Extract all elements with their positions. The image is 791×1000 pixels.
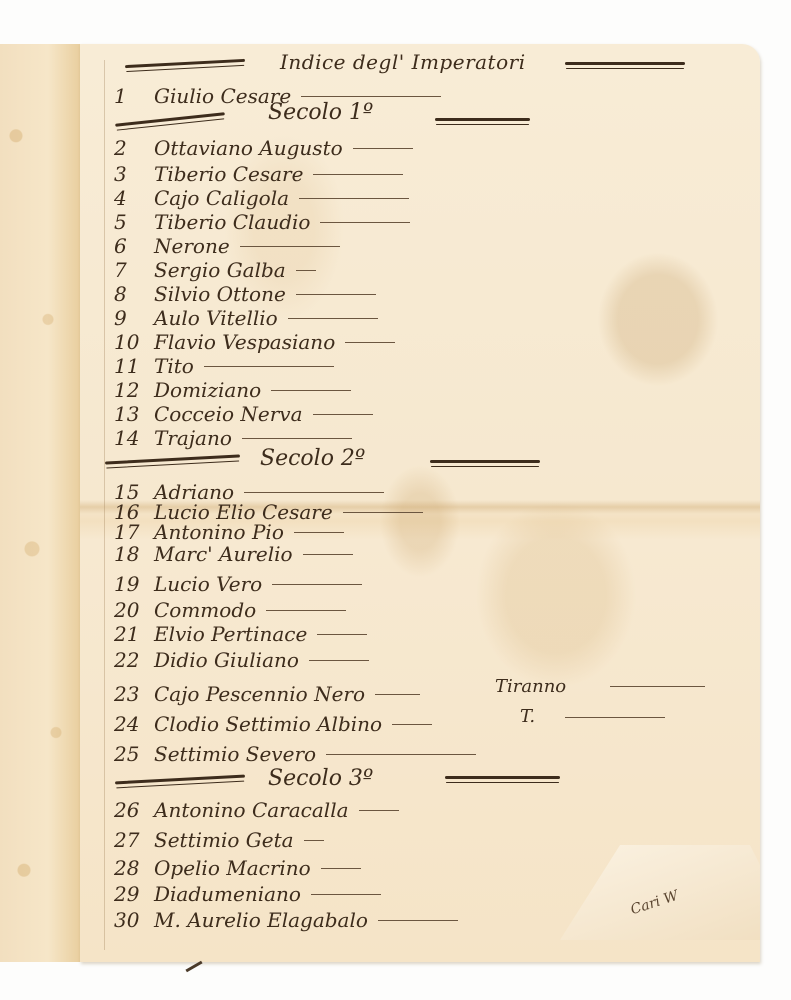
pencil-mark	[185, 961, 202, 973]
list-item: 8Silvio Ottone	[114, 282, 376, 308]
list-item: 28Opelio Macrino	[114, 856, 361, 882]
entry-name: Settimio Severo	[154, 742, 316, 766]
entry-rule	[299, 198, 409, 199]
entry-number: 12	[114, 378, 154, 402]
entry-number: 19	[114, 572, 154, 596]
list-item: 30M. Aurelio Elagabalo	[114, 908, 458, 934]
entry-rule	[353, 148, 413, 149]
entry-number: 1	[114, 84, 154, 108]
entry-rule	[296, 294, 376, 295]
entry-name: Giulio Cesare	[154, 84, 291, 108]
list-item: 12Domiziano	[114, 378, 351, 404]
list-item: 20Commodo	[114, 598, 346, 624]
entry-rule	[304, 840, 324, 841]
entry-number: 13	[114, 402, 154, 426]
list-item: 29Diadumeniano	[114, 882, 381, 908]
entry-name: Diadumeniano	[154, 882, 301, 906]
entry-number: 9	[114, 306, 154, 330]
entry-rule	[272, 584, 362, 585]
entry-name: Settimio Geta	[154, 828, 294, 852]
entry-name: Sergio Galba	[154, 258, 286, 282]
entry-name: Ottaviano Augusto	[154, 136, 343, 160]
side-note-tiranno: Tiranno	[495, 676, 566, 697]
section-2-flourish-right	[430, 460, 540, 463]
entry-name: Antonino Pio	[154, 520, 284, 544]
entry-rule	[313, 174, 403, 175]
entry-number: 27	[114, 828, 154, 852]
side-note-rule	[565, 717, 665, 718]
list-item: 19Lucio Vero	[114, 572, 362, 598]
entry-rule	[392, 724, 432, 725]
entry-number: 7	[114, 258, 154, 282]
entry-name: Elvio Pertinace	[154, 622, 307, 646]
entry-rule	[240, 246, 340, 247]
entry-rule	[288, 318, 378, 319]
entry-name: Marc' Aurelio	[154, 542, 293, 566]
entry-name: Cajo Pescennio Nero	[154, 682, 365, 706]
entry-number: 5	[114, 210, 154, 234]
entry-rule	[303, 554, 353, 555]
list-item: 23Cajo Pescennio Nero	[114, 682, 420, 708]
entry-number: 20	[114, 598, 154, 622]
entry-number: 21	[114, 622, 154, 646]
entry-rule	[313, 414, 373, 415]
entry-name: Didio Giuliano	[154, 648, 299, 672]
entry-number: 14	[114, 426, 154, 450]
entry-name: Cajo Caligola	[154, 186, 289, 210]
list-item: 22Didio Giuliano	[114, 648, 369, 674]
entry-rule	[242, 438, 352, 439]
entry-name: Tito	[154, 354, 194, 378]
list-item: 26Antonino Caracalla	[114, 798, 399, 824]
list-item: 2Ottaviano Augusto	[114, 136, 413, 162]
list-item: 10Flavio Vespasiano	[114, 330, 395, 356]
entry-rule	[345, 342, 395, 343]
entry-rule	[204, 366, 334, 367]
entry-name: Cocceio Nerva	[154, 402, 303, 426]
entry-number: 11	[114, 354, 154, 378]
entry-name: Lucio Vero	[154, 572, 262, 596]
entry-name: Flavio Vespasiano	[154, 330, 335, 354]
entry-rule	[266, 610, 346, 611]
entry-number: 3	[114, 162, 154, 186]
list-item: 13Cocceio Nerva	[114, 402, 373, 428]
entry-rule	[375, 694, 420, 695]
left-page	[0, 44, 82, 962]
entry-number: 24	[114, 712, 154, 736]
entry-name: Commodo	[154, 598, 256, 622]
entry-number: 18	[114, 542, 154, 566]
entry-rule	[321, 868, 361, 869]
list-item: 25Settimio Severo	[114, 742, 476, 768]
side-note-rule	[610, 686, 705, 687]
entry-number: 29	[114, 882, 154, 906]
entry-number: 23	[114, 682, 154, 706]
entry-name: Silvio Ottone	[154, 282, 286, 306]
entry-rule	[309, 660, 369, 661]
list-item: 5Tiberio Claudio	[114, 210, 410, 236]
entry-number: 17	[114, 520, 154, 544]
entry-rule	[296, 270, 316, 271]
list-item: 1Giulio Cesare	[114, 84, 441, 110]
entry-number: 2	[114, 136, 154, 160]
entry-number: 10	[114, 330, 154, 354]
entry-name: M. Aurelio Elagabalo	[154, 908, 368, 932]
entry-number: 28	[114, 856, 154, 880]
entry-number: 6	[114, 234, 154, 258]
list-item: 9Aulo Vitellio	[114, 306, 378, 332]
entry-rule	[359, 810, 399, 811]
entry-rule	[311, 894, 381, 895]
margin-rule	[104, 60, 105, 950]
list-item: 4Cajo Caligola	[114, 186, 409, 212]
entry-rule	[301, 96, 441, 97]
entry-number: 30	[114, 908, 154, 932]
entry-name: Trajano	[154, 426, 232, 450]
list-item: 6Nerone	[114, 234, 340, 260]
entry-number: 22	[114, 648, 154, 672]
entry-rule	[320, 222, 410, 223]
entry-rule	[317, 634, 367, 635]
entry-rule	[271, 390, 351, 391]
page-title: Indice degl' Imperatori	[280, 50, 526, 74]
entry-name: Opelio Macrino	[154, 856, 311, 880]
entry-name: Nerone	[154, 234, 230, 258]
list-item: 18Marc' Aurelio	[114, 542, 353, 568]
list-item: 7Sergio Galba	[114, 258, 316, 284]
entry-rule	[294, 532, 344, 533]
entry-rule	[244, 492, 384, 493]
entry-name: Clodio Settimio Albino	[154, 712, 382, 736]
entry-number: 25	[114, 742, 154, 766]
entry-name: Aulo Vitellio	[154, 306, 278, 330]
entry-name: Tiberio Cesare	[154, 162, 303, 186]
entry-number: 8	[114, 282, 154, 306]
list-item: 24Clodio Settimio Albino	[114, 712, 432, 738]
entry-number: 26	[114, 798, 154, 822]
list-item: 3Tiberio Cesare	[114, 162, 403, 188]
entry-number: 4	[114, 186, 154, 210]
list-item: 21Elvio Pertinace	[114, 622, 367, 648]
entry-rule	[378, 920, 458, 921]
list-item: 27Settimio Geta	[114, 828, 324, 854]
side-note-t: T.	[520, 706, 535, 727]
section-header-3: Secolo 3º	[268, 766, 373, 791]
entry-name: Domiziano	[154, 378, 261, 402]
entry-rule	[343, 512, 423, 513]
list-item: 14Trajano	[114, 426, 352, 452]
section-1-flourish-right	[435, 118, 530, 121]
entry-name: Tiberio Claudio	[154, 210, 310, 234]
section-3-flourish-right	[445, 776, 560, 779]
entry-rule	[326, 754, 476, 755]
title-flourish-right	[565, 62, 685, 65]
list-item: 11Tito	[114, 354, 334, 380]
entry-name: Antonino Caracalla	[154, 798, 349, 822]
